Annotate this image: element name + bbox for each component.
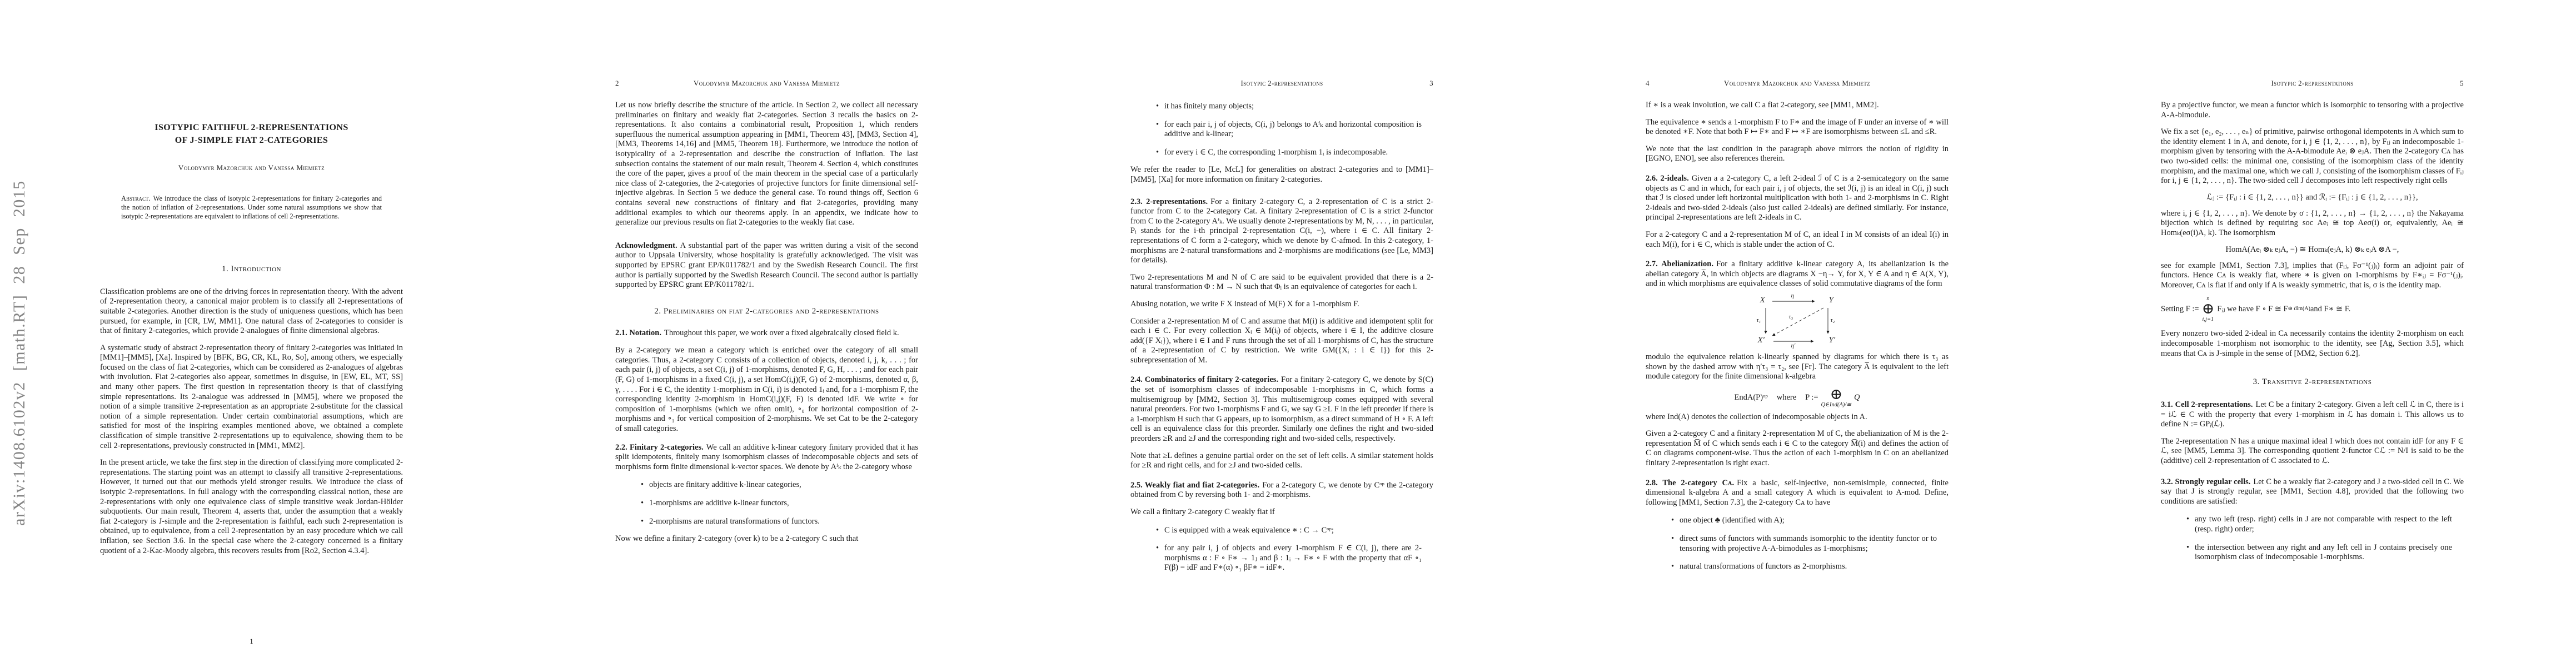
page-number-footer: 1 (100, 637, 403, 646)
adjoint-pair-paragraph: see for example [MM1, Section 7.3], impl… (2161, 261, 2464, 291)
diagram-node-Y-prime: Y′ (1829, 336, 1836, 345)
subsection-strongly-regular: 3.2. Strongly regular cells.Let C be a w… (2161, 477, 2464, 507)
bullet-icon: • (1156, 544, 1164, 573)
subsection-notation: 2.1. Notation.Throughout this paper, we … (615, 328, 918, 339)
list-item-text: 1-morphisms are additive k-linear functo… (649, 499, 789, 509)
list-item-text: objects are finitary additive k-linear c… (649, 480, 801, 490)
diagram-arrow-label-tau2: τ₂ (1831, 317, 1835, 323)
subsection-cell-2representations: 3.1. Cell 2-representations.Let C be a f… (2161, 400, 2464, 430)
nakayama-paragraph: where i, j ∈ {1, 2, . . . , n}. We denot… (2161, 209, 2464, 238)
bullet-icon: • (641, 517, 649, 527)
bullet-icon: • (1156, 526, 1164, 536)
intro-paragraph-2: A systematic study of abstract 2-represe… (100, 344, 403, 451)
page-2: 2 Volodymyr Mazorchuk and Vanessa Miemie… (515, 0, 1030, 667)
list-item-text: direct sums of functors with summands is… (1680, 534, 1937, 554)
we-call-paragraph: We call a finitary 2-category C weakly f… (1130, 507, 1433, 517)
hom-isomorphism-formula: HomA(Aeᵢ ⊗ₖ eⱼA, −) ≅ Homₖ(eⱼA, k) ⊗ₖ eᵢ… (2161, 245, 2464, 255)
arxiv-stamp: arXiv:1408.6102v2 [math.RT] 28 Sep 2015 (10, 103, 30, 603)
abstract-text: We introduce the class of isotypic 2-rep… (121, 195, 382, 220)
bullet-icon: • (1671, 534, 1680, 554)
list-item: •any two left (resp. right) cells in J a… (2186, 515, 2452, 534)
we-refer-paragraph: We refer the reader to [Le, McL] for gen… (1130, 165, 1433, 185)
subsection-2category-CA-label: 2.8. The 2-category Cᴀ. (1646, 479, 1734, 487)
list-item: •it has finitely many objects; (1156, 102, 1422, 112)
paper-spread: { "ui": { "bullet": "•" }, "stamp": "arX… (0, 0, 2576, 667)
list-item: •C is equipped with a weak equivalence ∗… (1156, 526, 1422, 536)
jsimple-paragraph: Every nonzero two-sided 2-ideal in Cᴀ ne… (2161, 329, 2464, 359)
diagram-arrow-label-tau3: τ₃ (1789, 313, 1793, 320)
page-5: Isotypic 2-representations 5 By a projec… (2061, 0, 2576, 667)
formula-p-defined: P := (1805, 393, 1818, 402)
subsection-combinatorics-label: 2.4. Combinatorics of finitary 2-categor… (1130, 375, 1278, 384)
page-3: Isotypic 2-representations 3 •it has fin… (1030, 0, 1546, 667)
abstract: Abstract.We introduce the class of isoty… (121, 195, 382, 221)
subsection-2ideals: 2.6. 2-ideals.Given a a 2-category C, a … (1646, 174, 1949, 223)
consider-paragraph: Consider a 2-representation M of C and a… (1130, 317, 1433, 366)
intro-paragraph-1: Classification problems are one of the d… (100, 287, 403, 336)
paper-title-line-2: OF J-SIMPLE FIAT 2-CATEGORIES (100, 134, 403, 147)
bullet-icon: • (641, 499, 649, 509)
subsection-2ideals-text: Given a a 2-category C, a left 2-ideal ℐ… (1646, 174, 1949, 222)
ideal-paragraph: For a 2-category C and a 2-representatio… (1646, 230, 1949, 250)
bullet-icon: • (2186, 515, 2195, 534)
acknowledgment-label: Acknowledgment. (615, 241, 677, 250)
list-item-text: 2-morphisms are natural transformations … (649, 517, 820, 527)
subsection-finitary: 2.2. Finitary 2-categories.We call an ad… (615, 443, 918, 472)
list-item: •2-morphisms are natural transformations… (641, 517, 906, 527)
bullet-icon: • (1156, 120, 1164, 140)
note-that-paragraph: Note that ≥L defines a genuine partial o… (1130, 451, 1433, 471)
list-item: •for every i ∈ C, the corresponding 1-mo… (1156, 148, 1422, 158)
list-item-text: any two left (resp. right) cells in J ar… (2195, 515, 2452, 534)
list-item-text: for each pair i, j of objects, C(i, j) b… (1164, 120, 1422, 140)
subsection-strongly-regular-label: 3.2. Strongly regular cells. (2161, 477, 2250, 486)
idempotents-paragraph: We fix a set {e₁, e₂, . . . , eₙ} of pri… (2161, 127, 2464, 186)
bullet-icon: • (2186, 543, 2195, 563)
list-item-text: one object ♣ (identified with A); (1680, 516, 1785, 526)
page-1: arXiv:1408.6102v2 [math.RT] 28 Sep 2015 … (0, 0, 515, 667)
list-item: •1-morphisms are additive k-linear funct… (641, 499, 906, 509)
setting-formula-tail: and F∗ ≅ F. (2310, 305, 2350, 314)
setting-formula-prefix: Setting F := (2161, 305, 2199, 314)
bullet-icon: • (1671, 516, 1680, 526)
setting-formula-body: Fᵢⱼ we have F ∘ F ≅ F (2217, 305, 2288, 314)
two-category-paragraph: By a 2-category we mean a category which… (615, 346, 918, 434)
diagram-arrow-label-tau1: τ₁ (1757, 317, 1761, 323)
list-item: •one object ♣ (identified with A); (1671, 516, 1937, 526)
direct-sum-icon: ⊕ (1830, 387, 1842, 402)
list-item-text: for every i ∈ C, the corresponding 1-mor… (1164, 148, 1388, 158)
now-define-paragraph: Now we define a finitary 2-category (ove… (615, 534, 918, 544)
subsection-2ideals-label: 2.6. 2-ideals. (1646, 174, 1689, 183)
diagram-arrow-label-eta: η (1791, 292, 1794, 299)
diagram-arrow-label-eta-prime: η′ (1791, 342, 1796, 349)
where-ind-paragraph: where Ind(A) denotes the collection of i… (1646, 412, 1949, 422)
list-item: •for each pair i, j of objects, C(i, j) … (1156, 120, 1422, 140)
subsection-2representations-label: 2.3. 2-representations. (1130, 197, 1208, 206)
abelianization-diagram: X Y X′ Y′ η η′ τ₁ τ₂ τ₃ (1756, 295, 1839, 349)
equivalence-paragraph: The equivalence ∗ sends a 1-morphism F t… (1646, 118, 1949, 137)
setting-F-formula: Setting F := n ⊕ i,j=1 Fᵢⱼ we have F ∘ F… (2161, 296, 2464, 322)
list-item: •the intersection between any right and … (2186, 543, 2452, 563)
formula-q: Q (1854, 393, 1860, 402)
page-4: 4 Volodymyr Mazorchuk and Vanessa Miemie… (1546, 0, 2061, 667)
subsection-finitary-label: 2.2. Finitary 2-categories. (615, 443, 704, 452)
rigidity-paragraph: We note that the last condition in the p… (1646, 145, 1949, 164)
equivalent-paragraph: Two 2-representations M and N of C are s… (1130, 273, 1433, 292)
subsection-combinatorics: 2.4. Combinatorics of finitary 2-categor… (1130, 375, 1433, 444)
formula-end: EndA(P)ᵒᵖ (1735, 393, 1768, 402)
projective-functor-paragraph: By a projective functor, we mean a funct… (2161, 101, 2464, 120)
subsection-2representations: 2.3. 2-representations.For a finitary 2-… (1130, 197, 1433, 266)
paper-title-line-1: ISOTYPIC FAITHFUL 2-REPRESENTATIONS (100, 121, 403, 134)
given-2category-paragraph: Given a 2-category C and a finitary 2-re… (1646, 429, 1949, 468)
subsection-cell-2representations-label: 3.1. Cell 2-representations. (2161, 400, 2253, 409)
direct-sum-subscript: Q∈Ind(A)/≅ (1821, 402, 1851, 408)
abstract-label: Abstract. (121, 195, 151, 202)
section-heading-transitive: 3. Transitive 2-representations (2161, 377, 2464, 387)
subsection-2category-CA: 2.8. The 2-category Cᴀ.Fix a basic, self… (1646, 479, 1949, 508)
direct-sum-icon: ⊕ (2202, 302, 2215, 316)
modulo-paragraph: modulo the equivalence relation k-linear… (1646, 352, 1949, 382)
abusing-notation-paragraph: Abusing notation, we write F X instead o… (1130, 300, 1433, 310)
subsection-combinatorics-text: For a finitary 2-category C, we denote b… (1130, 375, 1433, 443)
subsection-abelianization: 2.7. Abelianization.For a finitary addit… (1646, 260, 1949, 289)
direct-sum-lower-limit: i,j=1 (2203, 316, 2214, 322)
diagram-arrows (1756, 295, 1839, 349)
list-item: •objects are finitary additive k-linear … (641, 480, 906, 490)
diagram-node-X-prime: X′ (1758, 336, 1765, 345)
endomorphism-formula: EndA(P)ᵒᵖ where P := ⊕ Q∈Ind(A)/≅ Q (1646, 387, 1949, 408)
list-item-text: for any pair i, j of objects and every 1… (1164, 544, 1422, 573)
intro-paragraph-3: In the present article, we take the firs… (100, 458, 403, 556)
authors: Volodymyr Mazorchuk and Vanessa Miemietz (100, 163, 403, 172)
section-heading-introduction: 1. Introduction (100, 265, 403, 274)
structure-paragraph: Let us now briefly describe the structur… (615, 101, 918, 228)
list-item: •for any pair i, j of objects and every … (1156, 544, 1422, 573)
bullet-icon: • (1156, 148, 1164, 158)
subsection-notation-text: Throughout this paper, we work over a fi… (664, 328, 899, 337)
bullet-icon: • (1156, 102, 1164, 112)
list-item-text: it has finitely many objects; (1164, 102, 1254, 112)
subsection-notation-label: 2.1. Notation. (615, 328, 661, 337)
list-item: •direct sums of functors with summands i… (1671, 534, 1937, 554)
list-item: •natural transformations of functors as … (1671, 562, 1937, 572)
acknowledgment: Acknowledgment.A substantial part of the… (615, 241, 918, 290)
subsection-weakly-fiat: 2.5. Weakly fiat and fiat 2-categories.F… (1130, 481, 1433, 500)
list-item-text: the intersection between any right and a… (2195, 543, 2452, 563)
list-item-text: C is equipped with a weak equivalence ∗ … (1164, 526, 1334, 536)
diagram-node-Y: Y (1829, 296, 1833, 305)
weak-involution-paragraph: If ∗ is a weak involution, we call C a f… (1646, 101, 1949, 111)
bullet-icon: • (641, 480, 649, 490)
subsection-weakly-fiat-label: 2.5. Weakly fiat and fiat 2-categories. (1130, 481, 1259, 490)
diagram-node-X: X (1760, 296, 1765, 305)
cells-formula: ℒⱼ := {Fᵢⱼ : i ∈ {1, 2, . . . , n}} and … (2161, 193, 2464, 202)
list-item-text: natural transformations of functors as 2… (1680, 562, 1847, 572)
bullet-icon: • (1671, 562, 1680, 572)
formula-where: where (1777, 393, 1796, 402)
maximal-ideal-paragraph: The 2-representation N has a unique maxi… (2161, 437, 2464, 466)
subsection-2representations-text: For a finitary 2-category C, a 2-represe… (1130, 197, 1433, 265)
subsection-abelianization-label: 2.7. Abelianization. (1646, 260, 1713, 268)
section-heading-preliminaries: 2. Preliminaries on fiat 2-categories an… (615, 307, 918, 316)
